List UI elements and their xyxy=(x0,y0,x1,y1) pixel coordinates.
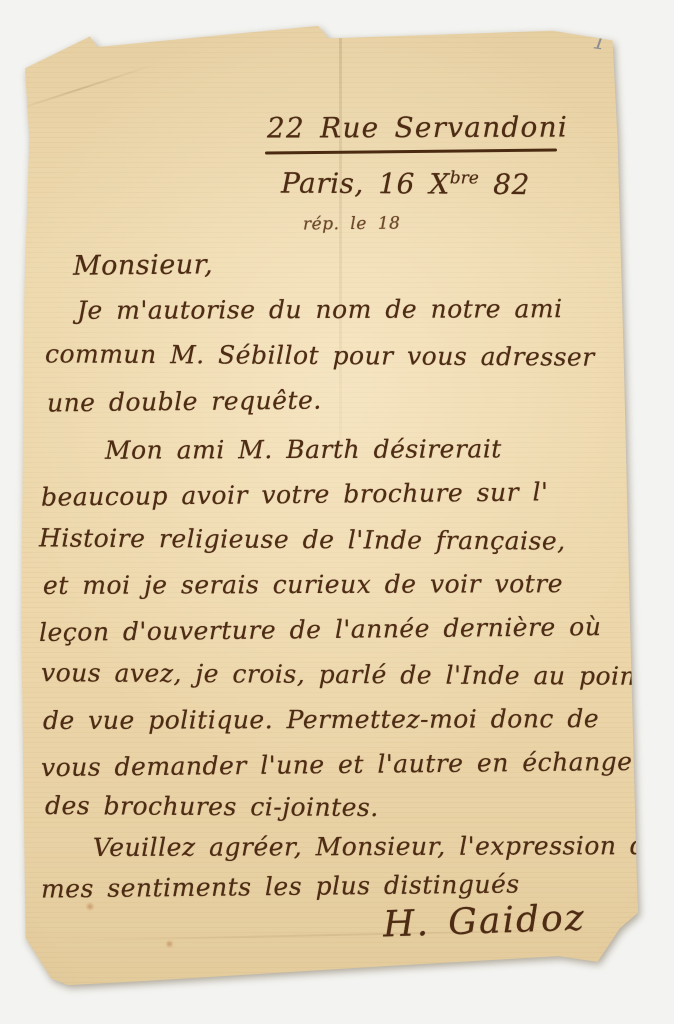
dateline-prefix: Paris, 16 X xyxy=(281,167,450,201)
archival-red-mark xyxy=(598,27,616,38)
scanned-letter: 1 22 Rue Servandoni Paris, 16 Xbre 82 ré… xyxy=(0,0,674,1024)
letter-line: vous demander l'une et l'autre en échang… xyxy=(41,749,633,780)
letter-line: Je m'autorise du nom de notre ami xyxy=(77,296,563,323)
address-underline xyxy=(265,148,557,154)
letter-line: de vue politique. Permettez-moi donc de xyxy=(43,706,599,733)
dateline-suffix: 82 xyxy=(479,168,530,201)
paper-crease xyxy=(339,28,342,448)
letter-line: beaucoup avoir votre brochure sur l' xyxy=(41,479,549,509)
address-line: 22 Rue Servandoni xyxy=(267,113,568,142)
letter-line: Mon ami M. Barth désirerait xyxy=(105,436,502,462)
paper-shadow: 1 22 Rue Servandoni Paris, 16 Xbre 82 ré… xyxy=(0,0,674,1024)
page-number-pencil: 1 xyxy=(591,29,608,55)
letter-line: des brochures ci-jointes. xyxy=(45,793,379,820)
letter-line: et moi je serais curieux de voir votre xyxy=(43,571,563,598)
letter-line: vous avez, je crois, parlé de l'Inde au … xyxy=(41,660,647,689)
signature: H. Gaidoz xyxy=(382,900,586,943)
reply-annotation: rép. le 18 xyxy=(303,215,401,233)
foxing-stain xyxy=(85,902,95,911)
paper-crease xyxy=(8,65,151,113)
letter-line: Veuillez agréer, Monsieur, l'expression … xyxy=(93,833,662,860)
letter-paper: 1 22 Rue Servandoni Paris, 16 Xbre 82 ré… xyxy=(15,22,640,988)
letter-line: Histoire religieuse de l'Inde française, xyxy=(39,525,566,553)
dateline: Paris, 16 Xbre 82 xyxy=(281,169,530,199)
letter-line: une double requête. xyxy=(47,388,322,416)
foxing-stain xyxy=(165,940,174,948)
dateline-superscript: bre xyxy=(450,168,479,188)
letter-line: commun M. Sébillot pour vous adresser xyxy=(45,341,595,369)
foxing-stain xyxy=(443,962,450,969)
salutation: Monsieur, xyxy=(73,251,213,279)
letter-line: leçon d'ouverture de l'année dernière où xyxy=(39,614,602,645)
letter-line: mes sentiments les plus distingués xyxy=(41,871,520,901)
